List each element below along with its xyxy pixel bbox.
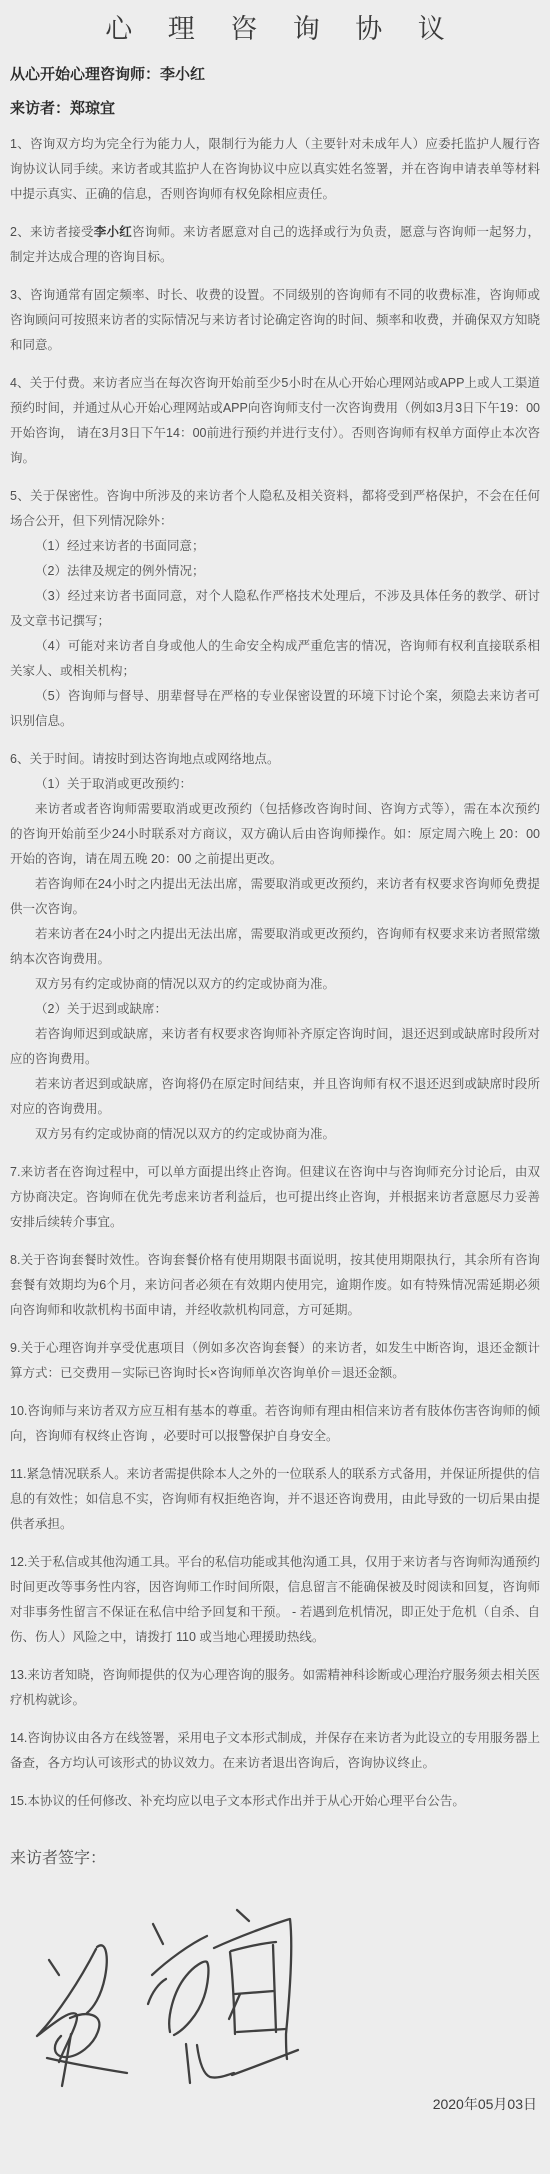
- clause-1: 1、咨询双方均为完全行为能力人，限制行为能力人（主要针对未成年人）应委托监护人履…: [10, 132, 540, 207]
- clause-2-prefix: 2、来访者接受: [10, 225, 94, 239]
- clause-12: 12.关于私信或其他沟通工具。平台的私信功能或其他沟通工具，仅用于来访者与咨询师…: [10, 1550, 540, 1650]
- clause-6: 6、关于时间。请按时到达咨询地点或网络地点。 （1）关于取消或更改预约： 来访者…: [10, 747, 540, 1147]
- page-title: 心 理 咨 询 协 议: [10, 12, 540, 46]
- clause-5-item-3: （3）经过来访者书面同意，对个人隐私作严格技术处理后，不涉及具体任务的教学、研讨…: [10, 584, 540, 634]
- visitor-signature-label: 来访者签字：: [10, 1848, 540, 1870]
- clause-4: 4、关于付费。来访者应当在每次咨询开始前至少5小时在从心开始心理网站或APP上或…: [10, 371, 540, 471]
- clause-9: 9.关于心理咨询并享受优惠项目（例如多次咨询套餐）的来访者，如发生中断咨询，退还…: [10, 1336, 540, 1386]
- clause-10: 10.咨询师与来访者双方应互相有基本的尊重。若咨询师有理由相信来访者有肢体伤害咨…: [10, 1399, 540, 1449]
- clause-5-item-2: （2）法律及规定的例外情况；: [10, 559, 540, 584]
- clause-6-item-2-para-c: 双方另有约定或协商的情况以双方的约定或协商为准。: [10, 1122, 540, 1147]
- visitor-signature-drawing: [18, 1882, 318, 2092]
- clause-5-item-4: （4）可能对来访者自身或他人的生命安全构成严重危害的情况，咨询师有权利直接联系相…: [10, 634, 540, 684]
- clause-6-item-1-para-b: 若咨询师在24小时之内提出无法出席，需要取消或更改预约，来访者有权要求咨询师免费…: [10, 872, 540, 922]
- clause-6-item-2-para-a: 若咨询师迟到或缺席，来访者有权要求咨询师补齐原定咨询时间，退还迟到或缺席时段所对…: [10, 1022, 540, 1072]
- clause-2: 2、来访者接受李小红咨询师。来访者愿意对自己的选择或行为负责，愿意与咨询师一起努…: [10, 220, 540, 270]
- clause-6-item-1-title: （1）关于取消或更改预约：: [10, 772, 540, 797]
- clause-3: 3、咨询通常有固定频率、时长、收费的设置。不同级别的咨询师有不同的收费标准，咨询…: [10, 283, 540, 358]
- agreement-document: 心 理 咨 询 协 议 从心开始心理咨询师：李小红 来访者：郑琼宜 1、咨询双方…: [0, 0, 550, 2174]
- clause-13: 13.来访者知晓，咨询师提供的仅为心理咨询的服务。如需精神科诊断或心理治疗服务须…: [10, 1663, 540, 1713]
- signature-date: 2020年05月03日: [10, 2094, 540, 2114]
- clause-5: 5、关于保密性。咨询中所涉及的来访者个人隐私及相关资料，都将受到严格保护，不会在…: [10, 484, 540, 734]
- clause-6-intro: 6、关于时间。请按时到达咨询地点或网络地点。: [10, 747, 540, 772]
- clause-6-item-1-para-c: 若来访者在24小时之内提出无法出席，需要取消或更改预约，咨询师有权要求来访者照常…: [10, 922, 540, 972]
- clause-5-intro: 5、关于保密性。咨询中所涉及的来访者个人隐私及相关资料，都将受到严格保护，不会在…: [10, 484, 540, 534]
- clause-6-item-2-para-b: 若来访者迟到或缺席，咨询将仍在原定时间结束，并且咨询师有权不退还迟到或缺席时段所…: [10, 1072, 540, 1122]
- counselor-name-line: 从心开始心理咨询师：李小红: [10, 64, 540, 85]
- visitor-name-line: 来访者：郑琼宜: [10, 98, 540, 119]
- clause-6-item-2-title: （2）关于迟到或缺席：: [10, 997, 540, 1022]
- clause-6-item-1-para-d: 双方另有约定或协商的情况以双方的约定或协商为准。: [10, 972, 540, 997]
- clause-5-item-5: （5）咨询师与督导、朋辈督导在严格的专业保密设置的环境下讨论个案，须隐去来访者可…: [10, 684, 540, 734]
- clause-6-item-1-para-a: 来访者或者咨询师需要取消或更改预约（包括修改咨询时间、咨询方式等），需在本次预约…: [10, 797, 540, 872]
- clause-15: 15.本协议的任何修改、补充均应以电子文本形式作出并于从心开始心理平台公告。: [10, 1789, 540, 1814]
- clause-7: 7.来访者在咨询过程中，可以单方面提出终止咨询。但建议在咨询中与咨询师充分讨论后…: [10, 1160, 540, 1235]
- clause-8: 8.关于咨询套餐时效性。咨询套餐价格有使用期限书面说明，按其使用期限执行，其余所…: [10, 1248, 540, 1323]
- clause-11: 11.紧急情况联系人。来访者需提供除本人之外的一位联系人的联系方式备用，并保证所…: [10, 1462, 540, 1537]
- clause-14: 14.咨询协议由各方在线签署，采用电子文本形式制成，并保存在来访者为此设立的专用…: [10, 1726, 540, 1776]
- counselor-name-bold: 李小红: [94, 225, 132, 239]
- clause-5-item-1: （1）经过来访者的书面同意；: [10, 534, 540, 559]
